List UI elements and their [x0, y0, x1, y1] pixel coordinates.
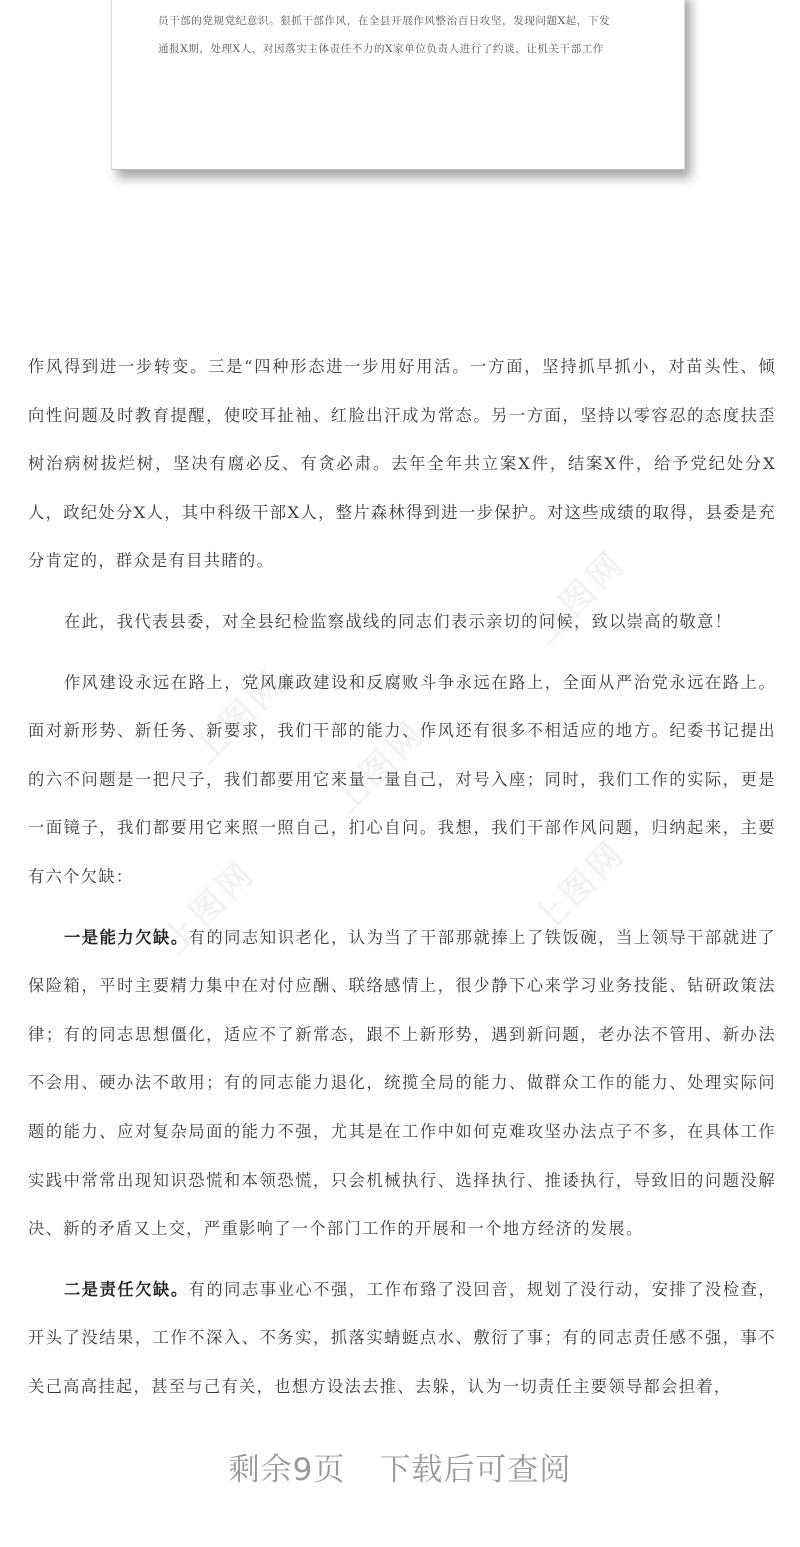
- paragraph: 作风建设永远在路上，党风廉政建设和反腐败斗争永远在路上，全面从严治党永远在路上。…: [28, 659, 776, 902]
- preview-line: 员干部的党规党纪意识。狠抓干部作风，在全县开展作风整治百日攻坚，发现问题X起，下…: [158, 13, 648, 28]
- paragraph-text: 作风建设永远在路上，党风廉政建设和反腐败斗争永远在路上，全面从严治党永远在路上。…: [28, 673, 776, 886]
- paragraph: 二是责任欠缺。有的同志事业心不强，工作布臵了没回音，规划了没行动，安排了没检查，…: [28, 1266, 776, 1412]
- paragraph-text: 在此，我代表县委，对全县纪检监察战线的同志们表示亲切的问候，致以崇高的敬意！: [64, 612, 732, 631]
- paragraph-text: 作风得到进一步转变。三是“四种形态进一步用好用活。一方面，坚持抓早抓小，对苗头性…: [28, 357, 776, 570]
- preview-line: 通报X期，处理X人，对因落实主体责任不力的X家单位负责人进行了约谈，让机关干部工…: [158, 41, 648, 56]
- paragraph-text: 有的同志知识老化，认为当了干部那就捧上了铁饭碗，当上领导干部就进了保险箱，平时主…: [28, 928, 776, 1239]
- previous-page-preview: 员干部的党规党纪意识。狠抓干部作风，在全县开展作风整治百日攻坚，发现问题X起，下…: [111, 0, 685, 170]
- paragraph: 在此，我代表县委，对全县纪检监察战线的同志们表示亲切的问候，致以崇高的敬意！: [28, 598, 776, 647]
- document-body: 作风得到进一步转变。三是“四种形态进一步用好用活。一方面，坚持抓早抓小，对苗头性…: [28, 343, 776, 1411]
- download-hint-label: 下载后可查阅: [379, 1452, 571, 1488]
- paragraph-heading: 一是能力欠缺。: [64, 928, 189, 947]
- remaining-pages-label: 剩余9页: [229, 1452, 346, 1488]
- download-to-read-more-banner[interactable]: 剩余9页下载后可查阅: [0, 1444, 800, 1489]
- paragraph: 一是能力欠缺。有的同志知识老化，认为当了干部那就捧上了铁饭碗，当上领导干部就进了…: [28, 914, 776, 1254]
- paragraph-heading: 二是责任欠缺。: [64, 1280, 189, 1299]
- paragraph: 作风得到进一步转变。三是“四种形态进一步用好用活。一方面，坚持抓早抓小，对苗头性…: [28, 343, 776, 586]
